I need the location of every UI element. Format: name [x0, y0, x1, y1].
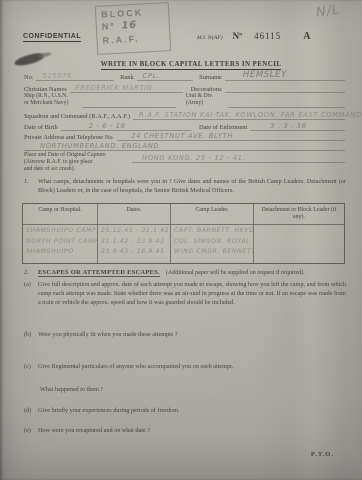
unit-field — [228, 93, 345, 108]
date-of-birth-label: Date of Birth — [24, 124, 61, 131]
question-2c: (c) Give Regimental particulars of anyon… — [24, 363, 346, 372]
no-label: No. — [24, 74, 36, 81]
table-cell: 31.1.42 - 23.9.43 — [101, 238, 167, 247]
decorations-label: Decorations — [183, 86, 225, 93]
question-2b-text: Were you physically fit when you made th… — [38, 331, 346, 340]
table-cell — [257, 238, 341, 247]
question-2d-text: Give briefly your experiences during per… — [38, 407, 346, 416]
camps-table-col-detachment: Detachment or Block Leader (if any). — [254, 204, 344, 263]
row-names-decorations: Christian Names FREDERICK MARTIN Decorat… — [24, 83, 345, 93]
question-2e-text: How were you recaptured and on what date… — [38, 427, 346, 436]
row-ship-unit: Ship (R.N., U.S.N. or Merchant Navy) Uni… — [24, 93, 345, 108]
ship-label-line1: Ship (R.N., U.S.N. — [24, 93, 68, 99]
serial-number: 46115 — [254, 31, 281, 41]
address-field-line1: 24 CHESTNUT AVE. BLYTH — [117, 131, 345, 141]
question-2a-text: Give full description and approx. date o… — [38, 281, 346, 308]
address-value-line2: NORTHUMBERLAND. ENGLAND. — [40, 142, 162, 150]
surname-field: HEMSLEY — [225, 71, 345, 81]
row-dob-enlistment: Date of Birth 2 - 6 - 16 Date of Enlistm… — [24, 121, 345, 131]
surname-value: HEMSLEY — [243, 70, 287, 80]
squadron-label: Squadron and Command (R.A.F., A.A.F.) — [24, 113, 133, 120]
question-2d: (d) Give briefly your experiences during… — [24, 407, 346, 416]
question-2b: (b) Were you physically fit when you mad… — [24, 331, 346, 340]
stamp-number-handwritten: 16 — [121, 20, 137, 32]
no-field: 525076 — [36, 71, 114, 81]
date-of-enlistment-field: 3 . 3 . 36 — [250, 121, 345, 131]
no-value: 525076 — [42, 72, 72, 80]
mi-reference: M.I. 9/(AF) — [197, 35, 223, 41]
stamp-line-raf: R.A.F. — [102, 31, 165, 46]
camps-table-col-camp: Camp or Hospital. SHAMSHUIPO CAMP NORTH … — [23, 204, 98, 263]
serial-row: M.I. 9/(AF) Nº 46115 A — [197, 31, 311, 42]
address-value-line1: 24 CHESTNUT AVE. BLYTH — [131, 132, 233, 140]
table-cell: SHAMSHUIPO — [26, 248, 94, 257]
camp-leader-header: Camp Leader. — [171, 204, 253, 225]
date-of-birth-field: 2 - 6 - 16 — [61, 121, 191, 131]
christian-names-field: FREDERICK MARTIN — [70, 83, 183, 93]
rank-value: CPL. — [143, 72, 160, 80]
row-address: Private Address and Telephone No. 24 CHE… — [24, 131, 345, 141]
surname-label: Surname — [193, 74, 225, 81]
question-2e: (e) How were you recaptured and on what … — [24, 427, 346, 436]
camps-table-col-dates: Dates. 25.12.41 - 31.1.42 31.1.42 - 23.9… — [98, 204, 171, 263]
question-1: 1. What camps, detachments or hospitals … — [24, 178, 346, 196]
capture-label-line2: (Aircrew R.A.F. to give place — [24, 159, 93, 165]
christian-names-label: Christian Names — [24, 86, 70, 93]
escapes-title: ESCAPES OR ATTEMPTED ESCAPES. — [38, 269, 160, 277]
row-capture: Place and Date of Original Capture (Airc… — [24, 152, 345, 174]
question-1-number: 1. — [24, 178, 38, 196]
unit-label-line1: Unit & Div. — [186, 93, 213, 99]
question-2-number: 2. — [24, 269, 38, 276]
dates-cells: 25.12.41 - 31.1.42 31.1.42 - 23.9.43 23.… — [98, 225, 170, 259]
pow-questionnaire-form: N/L BLOCK Nº16 R.A.F. CONFIDENTIAL M.I. … — [0, 0, 362, 480]
address-label: Private Address and Telephone No. — [24, 134, 117, 141]
table-cell: CAPT. BARNETT. HKVDC — [174, 227, 250, 236]
capture-label-line1: Place and Date of Original Capture — [24, 152, 106, 158]
question-2e-label: (e) — [24, 427, 38, 436]
form-title: WRITE IN BLOCK CAPITAL LETTERS IN PENCIL — [40, 60, 342, 68]
row-no-rank-surname: No. 525076 Rank CPL. Surname HEMSLEY — [24, 71, 345, 81]
stamp-no-symbol: Nº — [102, 21, 116, 32]
detachment-header: Detachment or Block Leader (if any). — [254, 204, 344, 225]
question-2d-label: (d) — [24, 407, 38, 416]
squadron-field: R.A.F. STATION KAI-TAK. KOWLOON. FAR EAS… — [133, 110, 345, 120]
confidential-marking: CONFIDENTIAL — [23, 33, 81, 42]
row-address-2: NORTHUMBERLAND. ENGLAND. — [24, 141, 345, 151]
camps-table: Camp or Hospital. SHAMSHUIPO CAMP NORTH … — [22, 203, 345, 264]
table-cell — [257, 227, 341, 236]
question-2-heading: 2. ESCAPES OR ATTEMPTED ESCAPES. (Additi… — [24, 269, 346, 277]
date-of-enlistment-value: 3 . 3 . 36 — [270, 122, 306, 130]
form-title-text: WRITE IN BLOCK CAPITAL LETTERS IN PENCIL — [101, 60, 282, 70]
question-1-text: What camps, detachments or hospitals wer… — [38, 178, 346, 196]
leader-cells: CAPT. BARNETT. HKVDC COL. SIMSON. ROYAL … — [171, 225, 253, 259]
series-letter: A — [303, 31, 310, 42]
question-2c-label: (c) — [24, 363, 38, 372]
decorations-field — [225, 83, 345, 93]
rank-label: Rank — [114, 74, 137, 81]
table-cell: NORTH POINT CAMP — [26, 238, 94, 247]
question-2a: (a) Give full description and approx. da… — [24, 281, 346, 308]
detachment-cells — [254, 225, 344, 259]
page-turn-over-note: P.T.O. — [311, 451, 334, 458]
date-of-birth-value: 2 - 6 - 16 — [89, 122, 126, 130]
date-of-enlistment-label: Date of Enlistment — [191, 124, 250, 131]
ship-label: Ship (R.N., U.S.N. or Merchant Navy) — [24, 93, 82, 107]
christian-names-value: FREDERICK MARTIN — [76, 84, 153, 92]
table-cell — [257, 248, 341, 257]
question-2a-label: (a) — [24, 281, 38, 308]
squadron-value: R.A.F. STATION KAI-TAK. KOWLOON. FAR EAS… — [139, 111, 362, 119]
table-cell: WING CMDR. BENNETT. RAF — [174, 248, 250, 257]
serial-no-symbol: Nº — [233, 31, 242, 41]
ship-label-line2: or Merchant Navy) — [24, 100, 68, 106]
table-cell: COL. SIMSON. ROYAL SCOTS — [174, 238, 250, 247]
table-cell: 25.12.41 - 31.1.42 — [101, 227, 167, 236]
question-2c-text: Give Regimental particulars of anyone wh… — [38, 363, 346, 372]
address-field-line2: NORTHUMBERLAND. ENGLAND. — [24, 141, 345, 151]
camp-header: Camp or Hospital. — [23, 204, 97, 225]
block-number-stamp: BLOCK Nº16 R.A.F. — [95, 2, 171, 55]
question-2b-label: (b) — [24, 331, 38, 340]
dates-header: Dates. — [98, 204, 170, 225]
escapes-note: (Additional paper will be supplied on re… — [166, 270, 305, 276]
unit-label: Unit & Div. (Army) — [176, 93, 228, 107]
capture-label-line3: and date of a/c crash). — [24, 166, 75, 172]
rank-field: CPL. — [137, 71, 194, 81]
ship-field — [82, 93, 176, 108]
table-cell: 23.9.43 - 16.9.45 — [101, 248, 167, 257]
unit-label-line2: (Army) — [186, 100, 203, 106]
camp-cells: SHAMSHUIPO CAMP NORTH POINT CAMP SHAMSHU… — [23, 225, 97, 259]
capture-field: HONG KONG. 25 - 12 - 41. — [132, 152, 345, 163]
pencil-annotation: N/L — [315, 2, 341, 20]
capture-value: HONG KONG. 25 - 12 - 41. — [142, 154, 245, 162]
row-squadron: Squadron and Command (R.A.F., A.A.F.) R.… — [24, 110, 345, 120]
camps-table-col-leader: Camp Leader. CAPT. BARNETT. HKVDC COL. S… — [171, 204, 254, 263]
table-cell: SHAMSHUIPO CAMP — [26, 227, 94, 236]
question-2c-followup: What happened to them ? — [40, 386, 103, 393]
capture-label: Place and Date of Original Capture (Airc… — [24, 152, 132, 174]
